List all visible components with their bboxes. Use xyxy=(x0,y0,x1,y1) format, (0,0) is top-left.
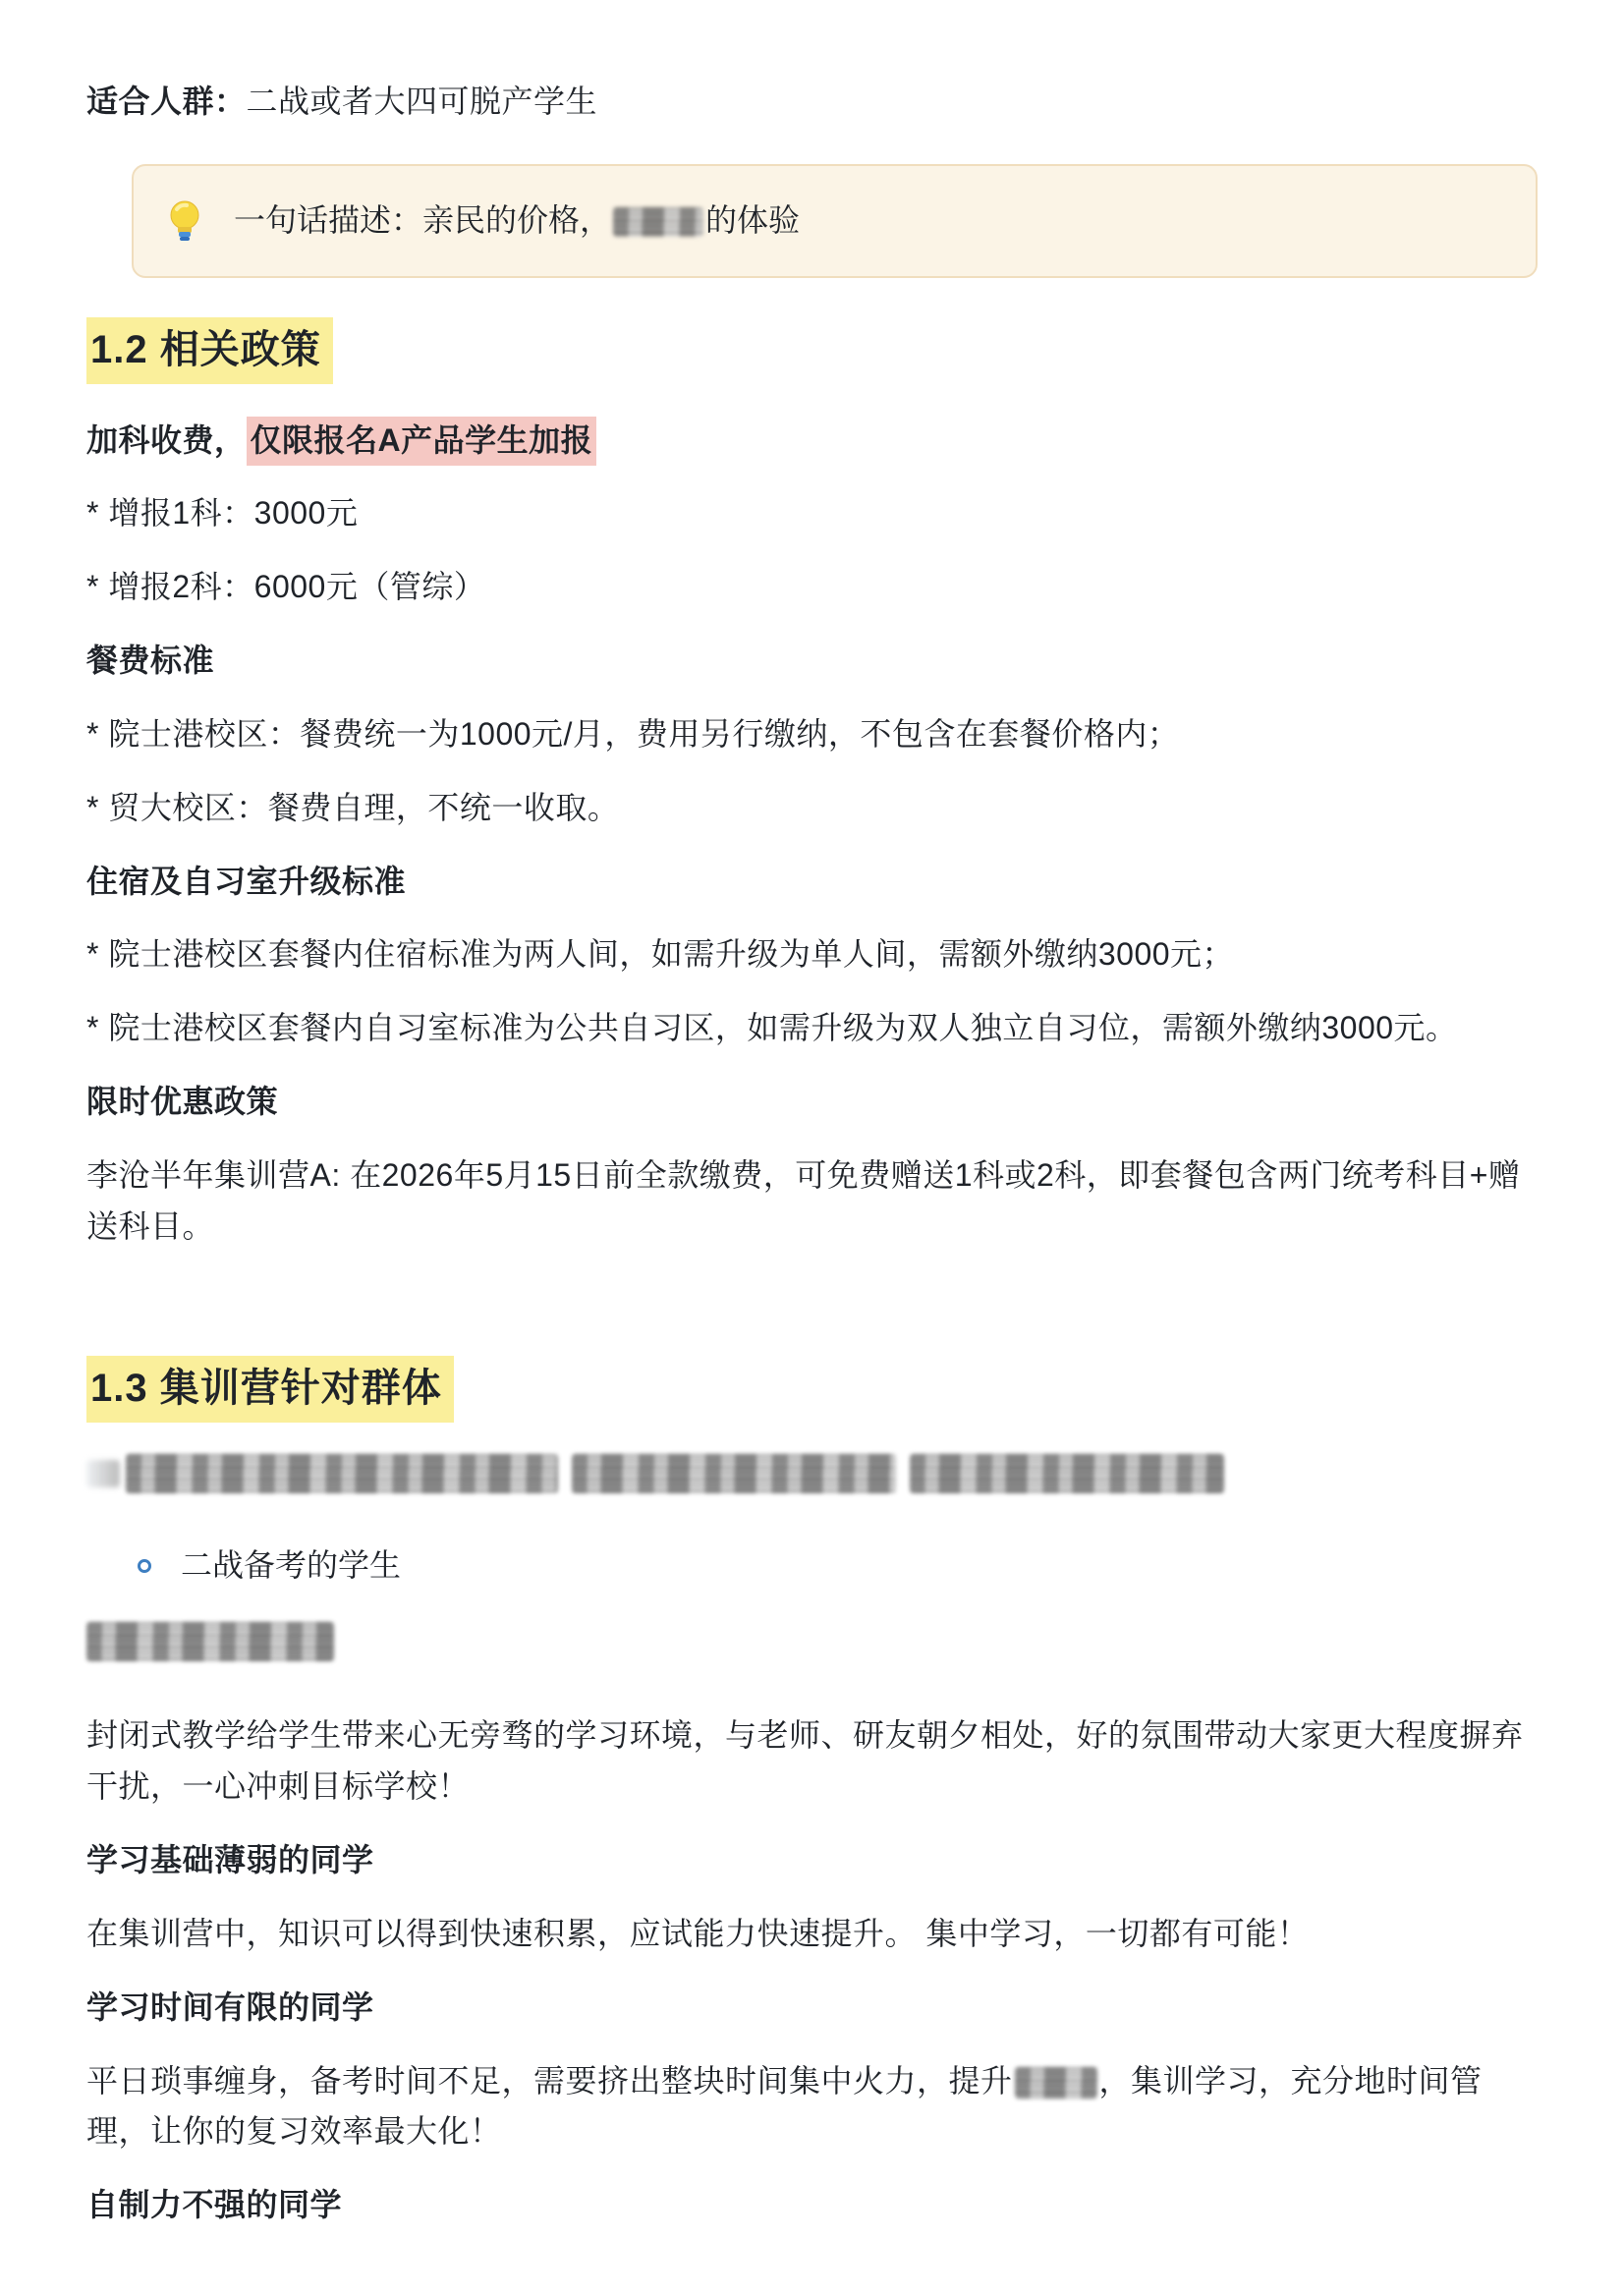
callout-box: 一句话描述：亲民的价格，的体验 xyxy=(132,164,1538,278)
redacted-line-wide xyxy=(86,1454,1538,1493)
redacted-line-short xyxy=(86,1622,1538,1661)
meal-item-1: * 院士港校区：餐费统一为1000元/月，费用另行缴纳，不包含在套餐价格内； xyxy=(86,709,1538,760)
housing-heading: 住宿及自习室升级标准 xyxy=(86,857,1538,908)
redaction-fade xyxy=(86,1460,120,1487)
addon-fee-highlight: 仅限报名A产品学生加报 xyxy=(247,417,597,466)
lightbulb-icon xyxy=(167,199,202,243)
limited-time-text-before: 平日琐事缠身，备考时间不足，需要挤出整块时间集中火力，提升 xyxy=(86,2063,1013,2099)
redacted-segment xyxy=(86,1622,334,1661)
callout-text: 一句话描述：亲民的价格，的体验 xyxy=(234,196,800,247)
group-weak-base-text: 在集训营中，知识可以得到快速积累，应试能力快速提升。 集中学习，一切都有可能！ xyxy=(86,1909,1538,1960)
audience-line: 适合人群：二战或者大四可脱产学生 xyxy=(86,77,1538,128)
addon-item-1: * 增报1科：3000元 xyxy=(86,488,1538,539)
discount-heading: 限时优惠政策 xyxy=(86,1077,1538,1128)
document-page: 适合人群：二战或者大四可脱产学生 一句话描述：亲民的价格，的体验 1.2 相关政… xyxy=(0,0,1624,2295)
redacted-text xyxy=(613,207,703,237)
section-heading-audience: 1.3 集训营针对群体 xyxy=(86,1356,1538,1423)
redacted-segment xyxy=(910,1454,1224,1493)
callout-text-after: 的体验 xyxy=(705,202,800,238)
meal-item-2: * 贸大校区：餐费自理，不统一收取。 xyxy=(86,783,1538,834)
addon-fee-line: 加科收费，仅限报名A产品学生加报 xyxy=(86,416,1538,467)
heading-1-3: 1.3 集训营针对群体 xyxy=(86,1356,454,1423)
list-item: 二战备考的学生 xyxy=(138,1540,1538,1592)
bullet-text: 二战备考的学生 xyxy=(181,1540,401,1592)
housing-item-1: * 院士港校区套餐内住宿标准为两人间，如需升级为单人间，需额外缴纳3000元； xyxy=(86,929,1538,980)
redacted-segment xyxy=(126,1454,558,1493)
discount-text: 李沧半年集训营A: 在2026年5月15日前全款缴费，可免费赠送1科或2科，即套… xyxy=(86,1150,1538,1253)
addon-fee-prefix: 加科收费， xyxy=(86,422,247,458)
heading-1-2: 1.2 相关政策 xyxy=(86,317,333,384)
audience-label: 适合人群： xyxy=(86,84,247,119)
group-low-discipline-heading: 自制力不强的同学 xyxy=(86,2180,1538,2231)
housing-item-2: * 院士港校区套餐内自习室标准为公共自习区，如需升级为双人独立自习位，需额外缴纳… xyxy=(86,1003,1538,1054)
audience-text: 二战或者大四可脱产学生 xyxy=(247,84,598,119)
section-heading-policy: 1.2 相关政策 xyxy=(86,317,1538,384)
meal-heading: 餐费标准 xyxy=(86,636,1538,687)
group-limited-time-heading: 学习时间有限的同学 xyxy=(86,1983,1538,2034)
callout-text-before: 一句话描述：亲民的价格， xyxy=(234,202,611,238)
group-limited-time-text: 平日琐事缠身，备考时间不足，需要挤出整块时间集中火力，提升，集训学习，充分地时间… xyxy=(86,2056,1538,2158)
redacted-text xyxy=(1015,2067,1097,2099)
bullet-circle-icon xyxy=(138,1559,151,1573)
redacted-segment xyxy=(572,1454,896,1493)
group-weak-base-heading: 学习基础薄弱的同学 xyxy=(86,1835,1538,1886)
addon-item-2: * 增报2科：6000元（管综） xyxy=(86,562,1538,613)
closed-teaching-paragraph: 封闭式教学给学生带来心无旁骛的学习环境，与老师、研友朝夕相处，好的氛围带动大家更… xyxy=(86,1710,1538,1813)
